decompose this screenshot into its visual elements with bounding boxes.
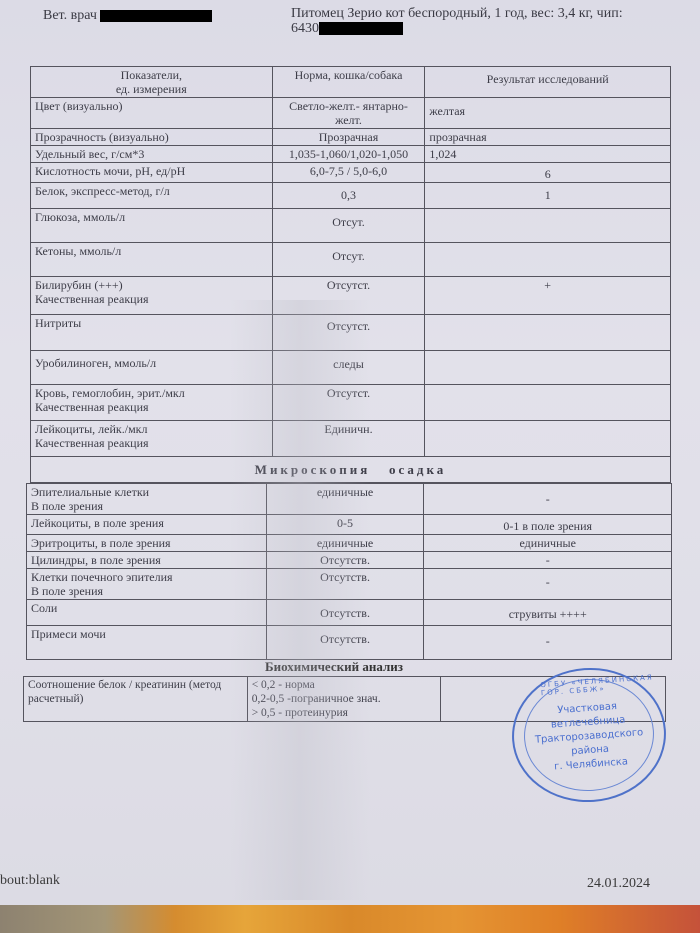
chip-prefix: 6430 [291,21,319,36]
row-param: Нитриты [31,315,273,351]
row-param: Удельный вес, г/см*3 [31,146,273,163]
norm-line: 0,2-0,5 -пограничное знач. [252,692,437,706]
background-surface [0,905,700,933]
row-norm: единичные [266,535,424,552]
table-row: Эпителиальные клеткиВ поле зрения единич… [27,484,672,515]
row-param-line: В поле зрения [31,584,262,598]
row-param: Лейкоциты, лейк./мклКачественная реакция [31,421,273,457]
row-result [425,243,671,277]
row-result: 1,024 [425,146,671,163]
row-param: Цвет (визуально) [31,98,273,129]
table-row: Глюкоза, ммоль/л Отсут. [31,209,671,243]
row-param-line: Качественная реакция [35,436,268,450]
microscopy-section-title: Микроскопия осадка [31,457,671,483]
redacted-doctor-name [100,10,212,22]
pet-description: Питомец Зерио кот беспородный, 1 год, ве… [291,6,691,21]
row-norm: Прозрачная [272,129,425,146]
table-row: Клетки почечного эпителияВ поле зрения О… [27,569,672,600]
row-norm: 0-5 [266,515,424,535]
row-norm: Отсутст. [272,277,425,315]
document-paper: Вет. врач Питомец Зерио кот беспородный,… [0,0,700,905]
row-param: Эпителиальные клеткиВ поле зрения [27,484,267,515]
table-row: Эритроциты, в поле зрения единичные един… [27,535,672,552]
row-norm: Отсутст. [272,385,425,421]
row-norm: единичные [266,484,424,515]
row-result: 1 [425,183,671,209]
print-date: 24.01.2024 [587,876,650,892]
row-result [425,315,671,351]
row-param-line: Качественная реакция [35,292,268,306]
row-norm: Отсутств. [266,600,424,626]
table-row: Кислотность мочи, pH, ед/pH 6,0-7,5 / 5,… [31,163,671,183]
row-result: + [425,277,671,315]
row-result: 6 [425,163,671,183]
table-header-row: Показатели, ед. измерения Норма, кошка/с… [31,67,671,98]
table-row: Лейкоциты, лейк./мклКачественная реакция… [31,421,671,457]
print-url: bout:blank [0,873,60,889]
biochem-section-title: Биохимический анализ [265,659,403,675]
row-param: Цилиндры, в поле зрения [27,552,267,569]
table-row: Нитриты Отсутст. [31,315,671,351]
row-norm: Отсут. [272,209,425,243]
row-param: Примеси мочи [27,626,267,660]
table-row: Уробилиноген, ммоль/л следы [31,351,671,385]
row-param: Соли [27,600,267,626]
row-param-line: Лейкоциты, лейк./мкл [35,422,268,436]
row-result: струвиты ++++ [424,600,672,626]
row-param: Кетоны, ммоль/л [31,243,273,277]
row-result [425,385,671,421]
table-row: Примеси мочи Отсутств. - [27,626,672,660]
row-param-line: Эпителиальные клетки [31,485,262,499]
row-param: Соотношение белок / креатинин (метод рас… [24,677,248,722]
row-norm: Отсут. [272,243,425,277]
row-norm: 1,035-1,060/1,020-1,050 [272,146,425,163]
row-result: - [424,484,672,515]
section-header-row: Микроскопия осадка [31,457,671,483]
row-norm: < 0,2 - норма 0,2-0,5 -пограничное знач.… [247,677,441,722]
row-param-line: Билирубин (+++) [35,278,268,292]
table-row: Удельный вес, г/см*3 1,035-1,060/1,020-1… [31,146,671,163]
row-result [425,351,671,385]
row-param-line: Качественная реакция [35,400,268,414]
vet-label: Вет. врач [43,8,97,23]
row-param-line: В поле зрения [31,499,262,513]
row-param: Лейкоциты, в поле зрения [27,515,267,535]
table-row: Цилиндры, в поле зрения Отсутств. - [27,552,672,569]
row-norm: следы [272,351,425,385]
table-row: Белок, экспресс-метод, г/л 0,3 1 [31,183,671,209]
urinalysis-table: Показатели, ед. измерения Норма, кошка/с… [30,66,671,483]
table-row: Кетоны, ммоль/л Отсут. [31,243,671,277]
table-row: Лейкоциты, в поле зрения 0-5 0-1 в поле … [27,515,672,535]
row-param: Белок, экспресс-метод, г/л [31,183,273,209]
row-param: Кровь, гемоглобин, эрит./мклКачественная… [31,385,273,421]
stamp-text: Участковая ветлечебница Тракторозаводско… [512,697,667,777]
row-norm: Отсутств. [266,569,424,600]
table-row: Соли Отсутств. струвиты ++++ [27,600,672,626]
row-result: прозрачная [425,129,671,146]
table-row: Кровь, гемоглобин, эрит./мклКачественная… [31,385,671,421]
row-norm: Отсутст. [272,315,425,351]
redacted-chip-number [319,22,403,35]
header-norm: Норма, кошка/собака [272,67,425,98]
row-param-line: Кровь, гемоглобин, эрит./мкл [35,386,268,400]
row-result: желтая [425,98,671,129]
row-result: единичные [424,535,672,552]
row-param: Кислотность мочи, pH, ед/pH [31,163,273,183]
norm-line: < 0,2 - норма [252,678,437,692]
norm-line: > 0,5 - протеинурия [252,706,437,720]
row-result [425,209,671,243]
row-param: Билирубин (+++)Качественная реакция [31,277,273,315]
row-norm: 6,0-7,5 / 5,0-6,0 [272,163,425,183]
row-result: 0-1 в поле зрения [424,515,672,535]
row-param: Уробилиноген, ммоль/л [31,351,273,385]
row-norm: Единичн. [272,421,425,457]
table-row: Прозрачность (визуально) Прозрачная проз… [31,129,671,146]
row-param: Глюкоза, ммоль/л [31,209,273,243]
microscopy-table: Эпителиальные клеткиВ поле зрения единич… [26,483,672,660]
row-result: - [424,552,672,569]
row-norm: Отсутств. [266,626,424,660]
row-norm: 0,3 [272,183,425,209]
table-row: Цвет (визуально) Светло-желт.- янтарно-ж… [31,98,671,129]
row-norm: Отсутств. [266,552,424,569]
table-row: Билирубин (+++)Качественная реакция Отсу… [31,277,671,315]
row-norm: Светло-желт.- янтарно-желт. [272,98,425,129]
row-param-line: Клетки почечного эпителия [31,570,262,584]
row-param: Эритроциты, в поле зрения [27,535,267,552]
pet-info: Питомец Зерио кот беспородный, 1 год, ве… [291,6,691,36]
header-result: Результат исследований [425,67,671,98]
row-result: - [424,626,672,660]
header-parameter: Показатели, ед. измерения [31,67,273,98]
vet-doctor-line: Вет. врач [43,8,212,24]
row-param: Прозрачность (визуально) [31,129,273,146]
row-result [425,421,671,457]
row-result: - [424,569,672,600]
row-param: Клетки почечного эпителияВ поле зрения [27,569,267,600]
